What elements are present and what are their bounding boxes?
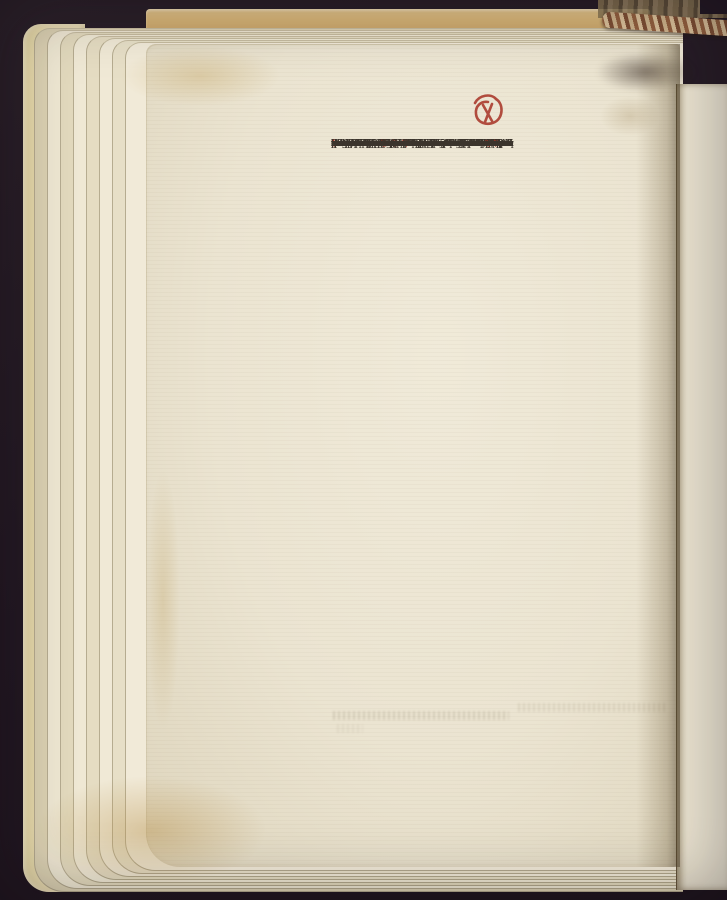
red-quire-mark-ornament xyxy=(466,92,512,132)
show-through-text xyxy=(333,711,509,720)
facing-page-fore-edge xyxy=(676,84,727,890)
book-photo: uelit. ergo uidetur q̃ ex nullius damnat… xyxy=(0,0,727,900)
head-gutter-shadow xyxy=(596,52,696,92)
text-line: passionem iustorum anime. Ait enim sic xyxy=(331,138,513,150)
show-through-text xyxy=(518,703,668,712)
left-page xyxy=(146,44,680,867)
background-corner xyxy=(700,0,727,14)
show-through-text xyxy=(337,724,363,733)
